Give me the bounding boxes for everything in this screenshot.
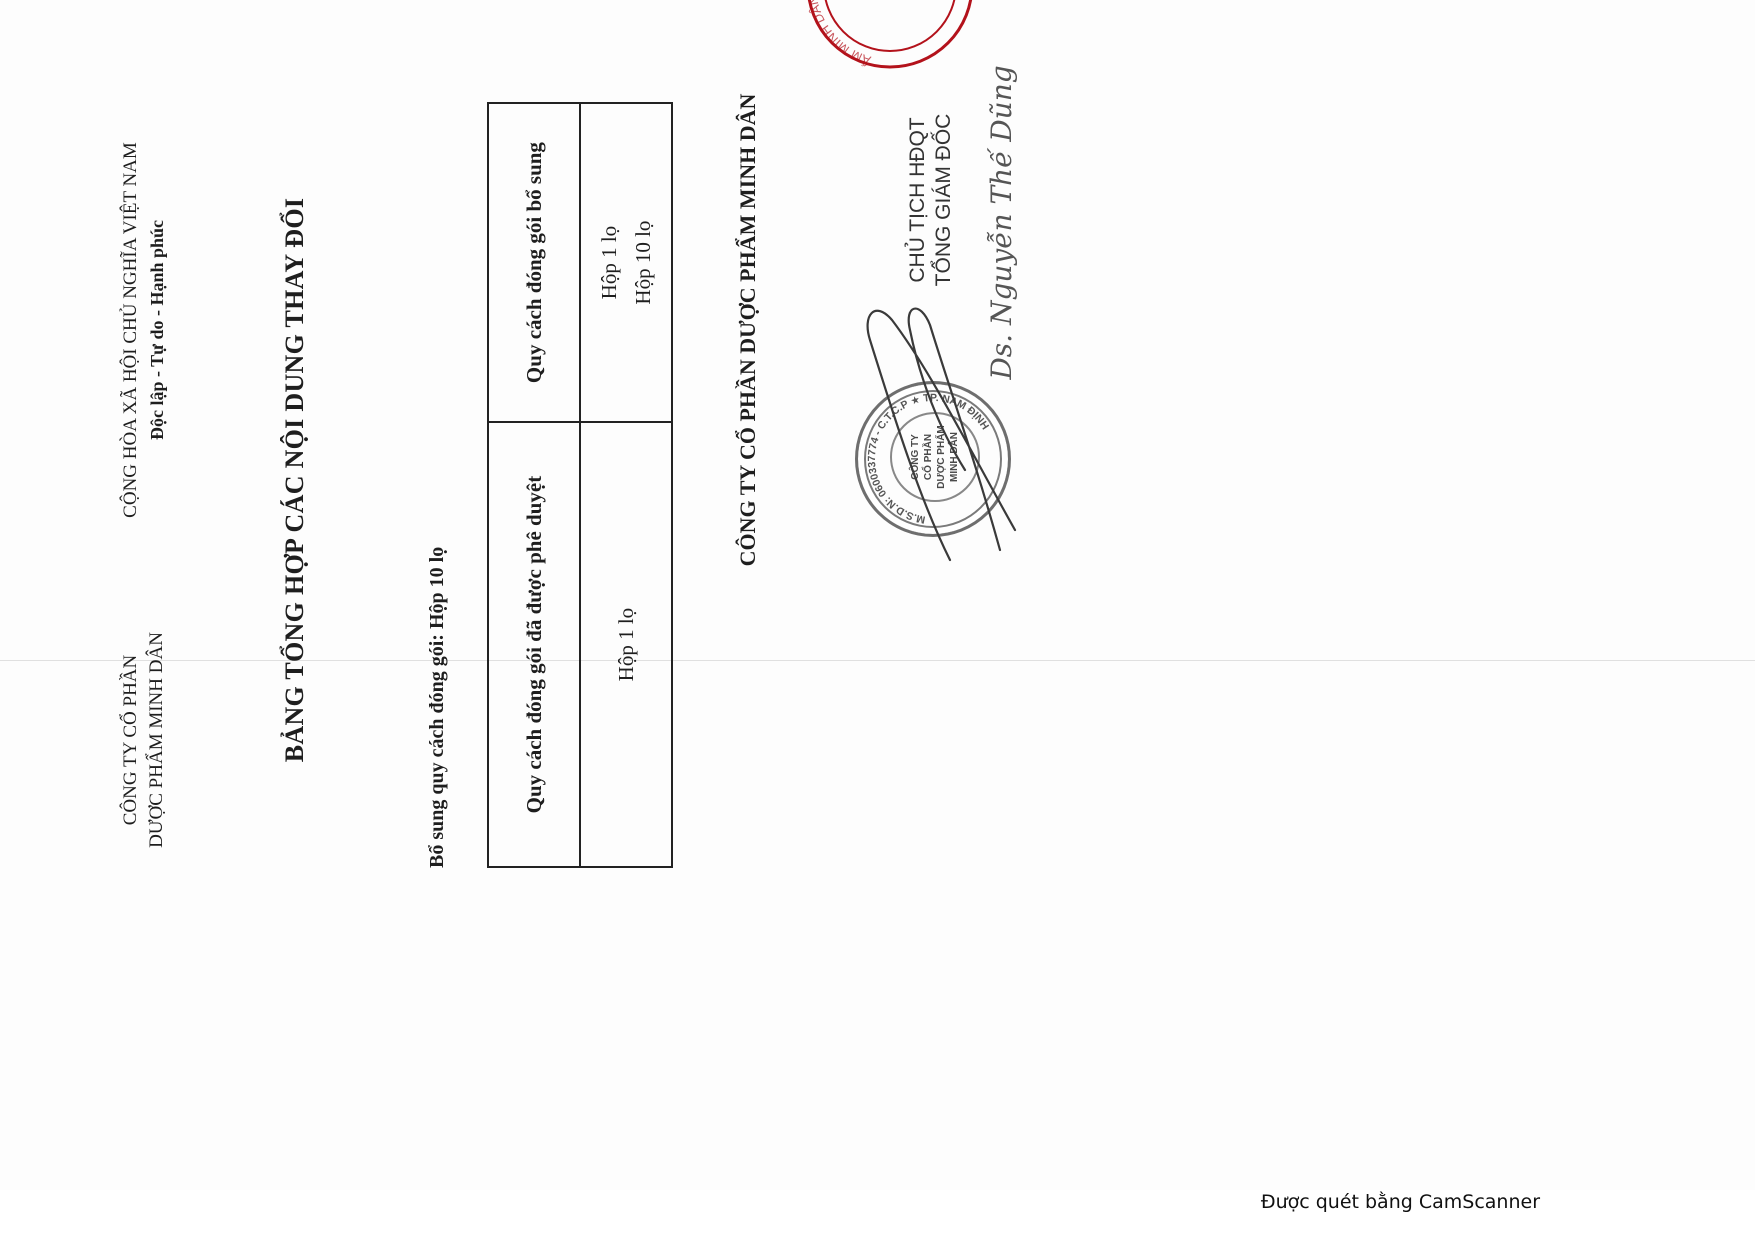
cell-supplemented: Hộp 1 lọ Hộp 10 lọ	[580, 103, 672, 422]
signer-title: CHỦ TỊCH HĐQT TỔNG GIÁM ĐỐC	[905, 80, 957, 320]
signer-title-line2: TỔNG GIÁM ĐỐC	[931, 80, 957, 320]
header-supplemented-packaging: Quy cách đóng gói bổ sung	[488, 103, 580, 422]
cell-approved: Hộp 1 lọ	[580, 422, 672, 867]
header-approved-packaging: Quy cách đóng gói đã được phê duyệt	[488, 422, 580, 867]
supplemented-item: Hộp 1 lọ	[592, 105, 626, 420]
document-title: BẢNG TỔNG HỢP CÁC NỘI DUNG THAY ĐỔI	[280, 100, 310, 860]
table-row: Hộp 1 lọ Hộp 1 lọ Hộp 10 lọ	[580, 103, 672, 867]
table-header-row: Quy cách đóng gói đã được phê duyệt Quy …	[488, 103, 580, 867]
signer-title-line1: CHỦ TỊCH HĐQT	[905, 80, 931, 320]
company-header-line1: CÔNG TY CỔ PHẦN	[118, 620, 144, 860]
scanned-document-page: CÔNG TY CỔ PHẦN DƯỢC PHẨM MINH DÂN CỘNG …	[0, 0, 1100, 1060]
company-header: CÔNG TY CỔ PHẦN DƯỢC PHẨM MINH DÂN	[118, 620, 170, 860]
packaging-table: Quy cách đóng gói đã được phê duyệt Quy …	[487, 102, 673, 868]
national-header: CỘNG HÒA XÃ HỘI CHỦ NGHĨA VIỆT NAM Độc l…	[118, 120, 170, 540]
supplemented-item: Hộp 10 lọ	[626, 105, 660, 420]
signing-company-name: CÔNG TY CỔ PHẦN DƯỢC PHẨM MINH DÂN	[735, 0, 761, 660]
signer-name: Ds. Nguyễn Thế Dũng	[985, 50, 1018, 395]
red-seal-stamp: ẨM MINH DÂN	[800, 0, 980, 75]
national-motto: Độc lập - Tự do - Hạnh phúc	[144, 120, 170, 540]
national-header-line1: CỘNG HÒA XÃ HỘI CHỦ NGHĨA VIỆT NAM	[118, 120, 144, 540]
supplement-line: Bổ sung quy cách đóng gói: Hộp 10 lọ	[426, 547, 449, 868]
approved-item: Hộp 1 lọ	[609, 424, 643, 865]
svg-text:ẨM MINH DÂN: ẨM MINH DÂN	[805, 0, 873, 68]
camscanner-watermark: Được quét bằng CamScanner	[1261, 1191, 1540, 1213]
company-header-line2: DƯỢC PHẨM MINH DÂN	[144, 620, 170, 860]
